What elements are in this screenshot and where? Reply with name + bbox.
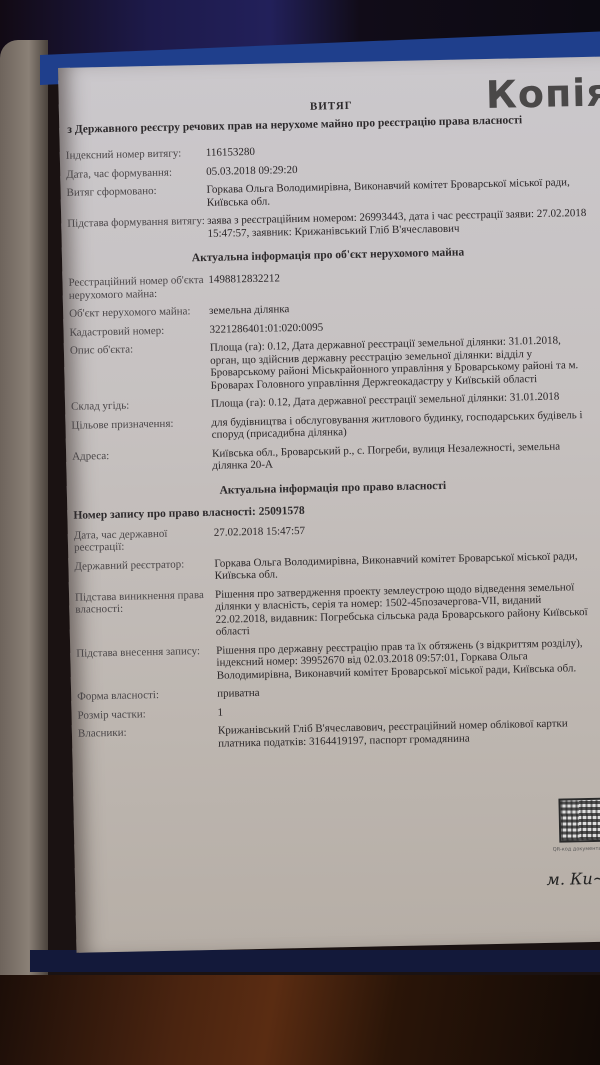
document-body: Індексний номер витягу: 116153280 Дата, … xyxy=(66,139,599,759)
field-registration-date: Дата, час державної реєстрації: 27.02.20… xyxy=(74,518,594,554)
record-number-label: Номер запису про право власності: xyxy=(73,505,256,521)
field-label: Цільове призначення: xyxy=(71,416,211,444)
field-owners: Власники: Крижанівський Гліб В'ячеславов… xyxy=(78,717,598,753)
field-value: заява з реєстраційним номером: 26993443,… xyxy=(207,207,587,240)
field-formation-basis: Підстава формування витягу: заява з реєс… xyxy=(67,207,587,243)
field-label: Державний реєстратор: xyxy=(74,557,214,585)
qr-code-icon xyxy=(558,798,600,843)
field-value: Площа (га): 0.12, Дата державної реєстра… xyxy=(210,334,591,392)
field-label: Підстава внесення запису: xyxy=(76,644,217,684)
folder-cover-bottom xyxy=(30,950,600,972)
field-value: Площа (га): 0.12, Дата державної реєстра… xyxy=(211,390,591,410)
field-value: 116153280 xyxy=(206,139,586,159)
field-value: 1 xyxy=(217,698,597,718)
field-value: 1498812832212 xyxy=(208,266,588,299)
record-number-value: 25091578 xyxy=(259,504,305,517)
section-heading-property: Актуальна інформація про об'єкт нерухомо… xyxy=(68,244,588,267)
field-value: Київська обл., Броварський р., с. Погреб… xyxy=(212,439,592,472)
field-property-reg-number: Реєстраційний номер об'єкта нерухомого м… xyxy=(68,266,588,302)
field-label: Дата, час державної реєстрації: xyxy=(74,526,214,554)
field-label: Реєстраційний номер об'єкта нерухомого м… xyxy=(68,274,208,302)
field-label: Індексний номер витягу: xyxy=(66,147,206,162)
field-entry-basis: Підстава внесення запису: Рішення про де… xyxy=(76,636,597,684)
field-label: Склад угідь: xyxy=(71,398,211,413)
copy-stamp: Копія xyxy=(485,70,600,117)
field-value: Горкава Ольга Володимирівна, Виконавчий … xyxy=(214,549,594,582)
field-value: 27.02.2018 15:47:57 xyxy=(214,518,594,551)
folder-edge xyxy=(0,40,48,1000)
handwritten-signature: м. Ки~ xyxy=(546,869,600,889)
field-label: Підстава виникнення права власності: xyxy=(75,588,216,641)
field-label: Кадастровий номер: xyxy=(69,323,209,338)
field-object-description: Опис об'єкта: Площа (га): 0.12, Дата дер… xyxy=(70,334,591,395)
field-label: Форма власності: xyxy=(77,688,217,703)
field-value: земельна ділянка xyxy=(209,297,589,317)
section-heading-ownership: Актуальна інформація про право власності xyxy=(73,476,593,499)
field-value: 3221286401:01:020:0095 xyxy=(209,315,589,335)
field-label: Опис об'єкта: xyxy=(70,342,211,395)
field-ownership-basis: Підстава виникнення права власності: Ріш… xyxy=(75,580,596,641)
field-state-registrar: Державний реєстратор: Горкава Ольга Воло… xyxy=(74,549,594,585)
field-formed-by: Витяг сформовано: Горкава Ольга Володими… xyxy=(66,176,586,212)
field-label: Об'єкт нерухомого майна: xyxy=(69,305,209,320)
qr-caption: QR-код документа xyxy=(553,846,600,853)
field-value: Горкава Ольга Володимирівна, Виконавчий … xyxy=(206,176,586,209)
field-value: Рішення про затвердження проекту землеус… xyxy=(215,580,596,638)
table-surface xyxy=(0,975,600,1065)
field-value: Рішення про державну реєстрацію прав та … xyxy=(216,636,597,681)
field-value: 05.03.2018 09:29:20 xyxy=(206,157,586,177)
ownership-record-number: Номер запису про право власності: 250915… xyxy=(73,498,593,521)
field-intended-purpose: Цільове призначення: для будівництва і о… xyxy=(71,408,591,444)
field-label: Витяг сформовано: xyxy=(66,184,206,212)
field-label: Дата, час формування: xyxy=(66,165,206,180)
document-page: Копія ВИТЯГ з Державного реєстру речових… xyxy=(58,57,600,953)
field-value: приватна xyxy=(217,680,597,700)
field-value: Крижанівський Гліб В'ячеславович, реєстр… xyxy=(218,717,598,750)
field-label: Адреса: xyxy=(72,447,212,475)
field-label: Власники: xyxy=(78,725,218,753)
field-address: Адреса: Київська обл., Броварський р., с… xyxy=(72,439,592,475)
field-label: Розмір частки: xyxy=(77,706,217,721)
field-label: Підстава формування витягу: xyxy=(67,215,207,243)
field-value: для будівництва і обслуговування житлово… xyxy=(211,408,591,441)
